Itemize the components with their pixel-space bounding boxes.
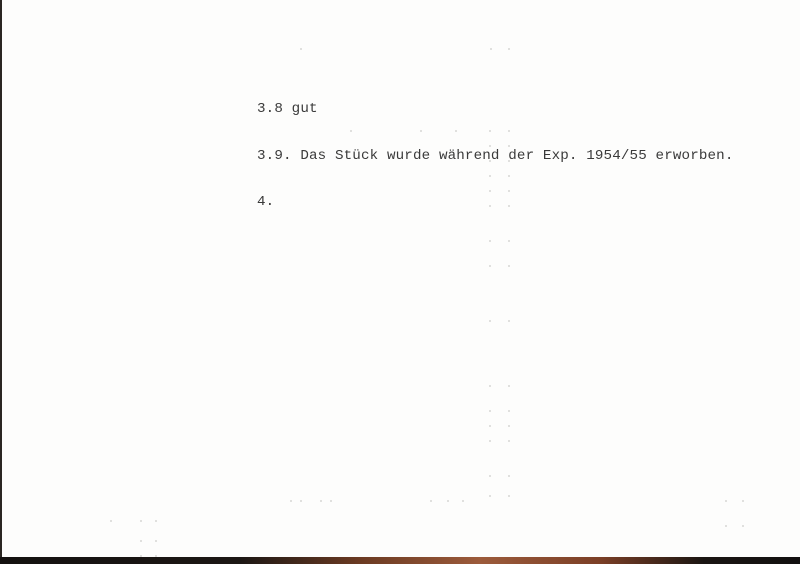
show-through-mark — [462, 500, 464, 502]
show-through-mark — [489, 385, 491, 387]
show-through-mark — [330, 500, 332, 502]
typed-line-3-9: 3.9. Das Stück wurde während der Exp. 19… — [257, 149, 734, 165]
show-through-mark — [725, 525, 727, 527]
show-through-mark — [155, 520, 157, 522]
scan-bottom-edge — [0, 557, 800, 564]
show-through-mark — [508, 410, 510, 412]
show-through-mark — [742, 500, 744, 502]
show-through-mark — [320, 500, 322, 502]
show-through-mark — [447, 500, 449, 502]
show-through-mark — [489, 265, 491, 267]
show-through-mark — [508, 425, 510, 427]
show-through-mark — [489, 475, 491, 477]
show-through-mark — [489, 410, 491, 412]
show-through-mark — [110, 520, 112, 522]
show-through-mark — [489, 320, 491, 322]
show-through-mark — [430, 500, 432, 502]
typed-line-4: 4. — [257, 195, 734, 211]
show-through-mark — [300, 500, 302, 502]
show-through-mark — [725, 500, 727, 502]
show-through-mark — [140, 540, 142, 542]
show-through-mark — [140, 520, 142, 522]
show-through-mark — [508, 48, 510, 50]
show-through-mark — [290, 500, 292, 502]
show-through-mark — [508, 385, 510, 387]
typed-line-3-8: 3.8 gut — [257, 102, 734, 118]
show-through-mark — [490, 48, 492, 50]
show-through-mark — [489, 495, 491, 497]
show-through-mark — [742, 525, 744, 527]
show-through-mark — [489, 240, 491, 242]
show-through-mark — [508, 240, 510, 242]
show-through-mark — [508, 265, 510, 267]
show-through-mark — [300, 48, 302, 50]
show-through-mark — [508, 495, 510, 497]
show-through-mark — [508, 475, 510, 477]
show-through-mark — [489, 425, 491, 427]
show-through-mark — [508, 440, 510, 442]
show-through-mark — [155, 540, 157, 542]
typed-text-block: 3.8 gut 3.9. Das Stück wurde während der… — [257, 71, 734, 226]
show-through-mark — [508, 320, 510, 322]
show-through-mark — [489, 440, 491, 442]
